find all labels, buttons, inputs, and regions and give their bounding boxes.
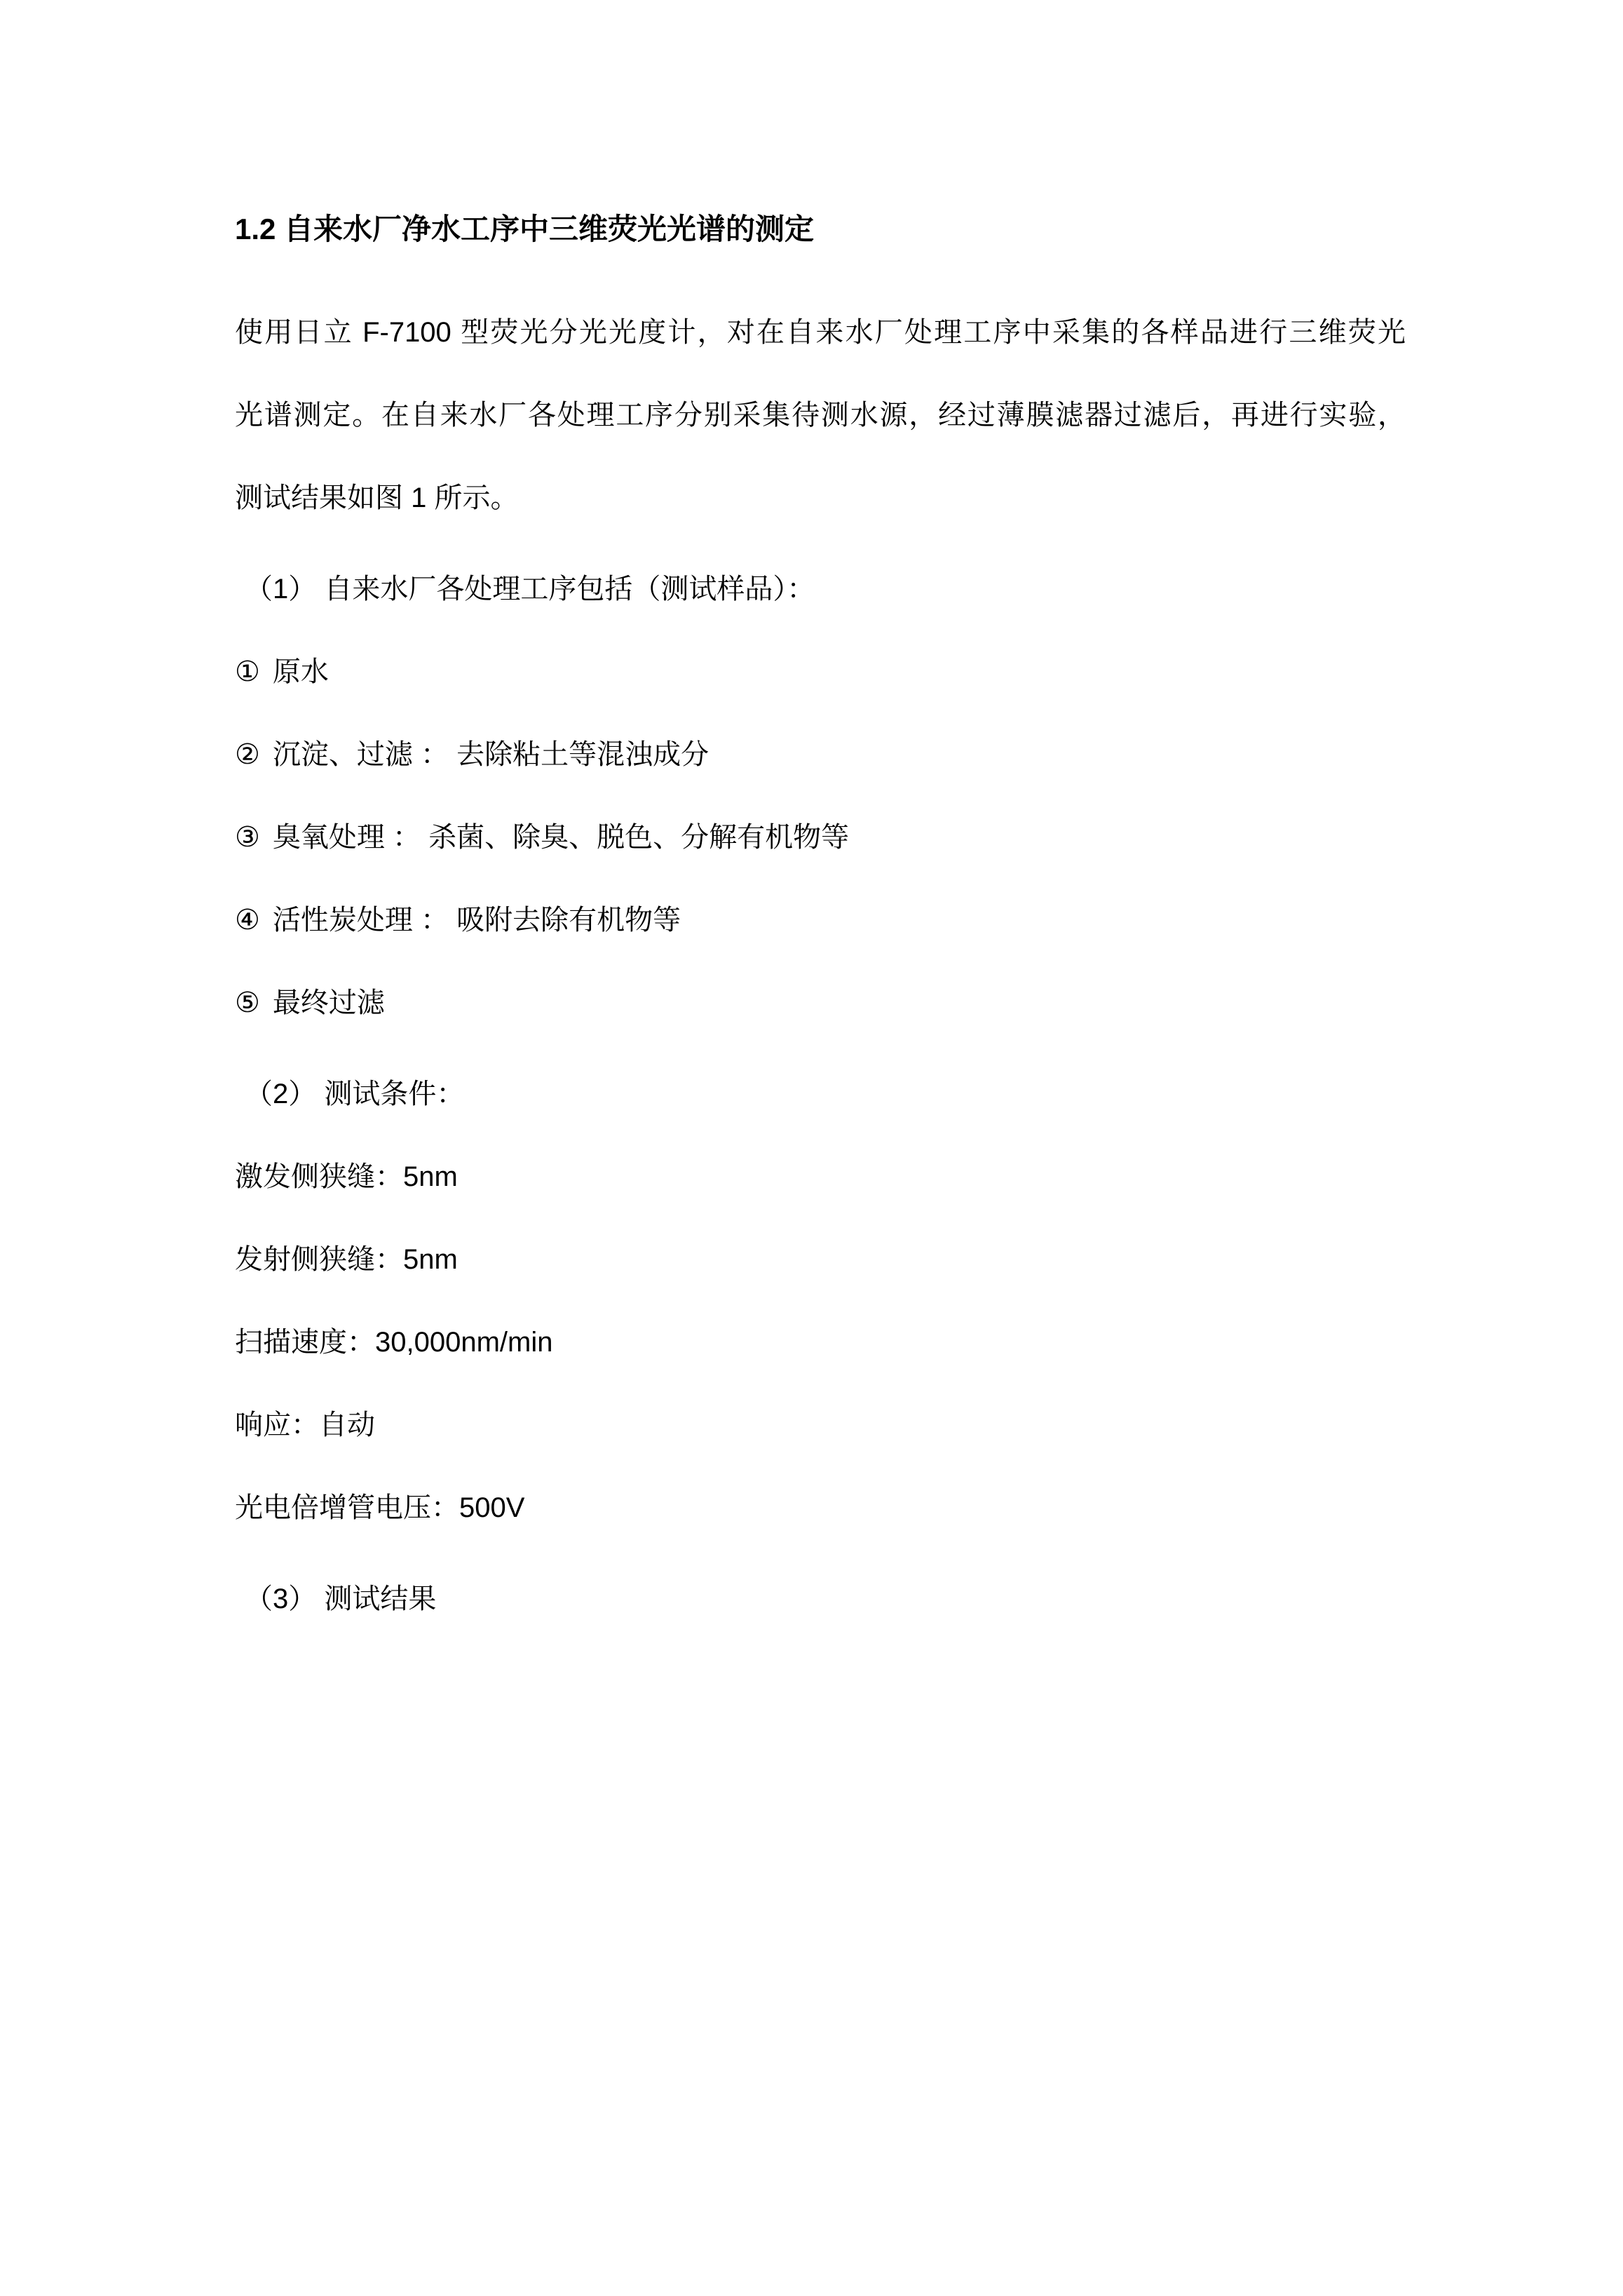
condition-value: 500V bbox=[459, 1492, 524, 1523]
condition-response: 响应：自动 bbox=[235, 1384, 1406, 1466]
subsection-2-title: （2） 测试条件： bbox=[235, 1053, 1406, 1135]
item-marker-1: ① bbox=[235, 656, 260, 687]
condition-colon: ： bbox=[375, 1244, 403, 1275]
intro-paragraph-line-3: 测试结果如图 1 所示。 bbox=[235, 457, 1406, 539]
condition-colon: ： bbox=[375, 1161, 403, 1192]
item-text-1: 原水 bbox=[273, 656, 329, 687]
document-page: 1.2 自来水厂净水工序中三维荧光光谱的测定 使用日立 F-7100 型荧光分光… bbox=[0, 0, 1623, 2296]
condition-value: 30,000nm/min bbox=[375, 1327, 552, 1358]
condition-label: 响应 bbox=[235, 1410, 291, 1440]
item-marker-4: ④ bbox=[235, 905, 260, 936]
process-item-activated-carbon: ④活性炭处理 ： 吸附去除有机物等 bbox=[235, 879, 1406, 961]
condition-colon: ： bbox=[347, 1327, 375, 1358]
process-item-final-filtration: ⑤最终过滤 bbox=[235, 961, 1406, 1044]
item-text-3: 臭氧处理 ： 杀菌、除臭、脱色、分解有机物等 bbox=[273, 822, 849, 853]
condition-colon: ： bbox=[291, 1410, 319, 1440]
condition-label: 光电倍增管电压 bbox=[235, 1492, 431, 1523]
intro-paragraph-line-2: 光谱测定。在自来水厂各处理工序分别采集待测水源，经过薄膜滤器过滤后，再进行实验， bbox=[235, 374, 1406, 457]
subsection-3-title: （3） 测试结果 bbox=[235, 1558, 1406, 1640]
condition-value: 自动 bbox=[319, 1410, 375, 1440]
document-content: 1.2 自来水厂净水工序中三维荧光光谱的测定 使用日立 F-7100 型荧光分光… bbox=[235, 188, 1406, 1640]
condition-colon: ： bbox=[431, 1492, 459, 1523]
process-item-ozone-treatment: ③臭氧处理 ： 杀菌、除臭、脱色、分解有机物等 bbox=[235, 796, 1406, 879]
condition-value: 5nm bbox=[403, 1244, 458, 1275]
condition-emission-slit: 发射侧狭缝：5nm bbox=[235, 1218, 1406, 1301]
item-text-2: 沉淀、过滤 ： 去除粘土等混浊成分 bbox=[273, 739, 709, 770]
process-item-raw-water: ①原水 bbox=[235, 630, 1406, 713]
condition-pmt-voltage: 光电倍增管电压：500V bbox=[235, 1466, 1406, 1549]
condition-scan-speed: 扫描速度：30,000nm/min bbox=[235, 1301, 1406, 1384]
subsection-1-title: （1） 自来水厂各处理工序包括（测试样品）： bbox=[235, 548, 1406, 630]
condition-excitation-slit: 激发侧狭缝：5nm bbox=[235, 1135, 1406, 1218]
item-marker-5: ⑤ bbox=[235, 987, 260, 1018]
process-item-sedimentation-filtration: ②沉淀、过滤 ： 去除粘土等混浊成分 bbox=[235, 713, 1406, 796]
condition-value: 5nm bbox=[403, 1161, 458, 1192]
item-marker-3: ③ bbox=[235, 822, 260, 853]
intro-paragraph-line-1: 使用日立 F-7100 型荧光分光光度计，对在自来水厂处理工序中采集的各样品进行… bbox=[235, 291, 1406, 374]
section-heading: 1.2 自来水厂净水工序中三维荧光光谱的测定 bbox=[235, 188, 1406, 271]
condition-label: 扫描速度 bbox=[235, 1327, 347, 1358]
condition-label: 发射侧狭缝 bbox=[235, 1244, 375, 1275]
item-marker-2: ② bbox=[235, 739, 260, 770]
item-text-4: 活性炭处理 ： 吸附去除有机物等 bbox=[273, 905, 681, 936]
item-text-5: 最终过滤 bbox=[273, 987, 385, 1018]
condition-label: 激发侧狭缝 bbox=[235, 1161, 375, 1192]
